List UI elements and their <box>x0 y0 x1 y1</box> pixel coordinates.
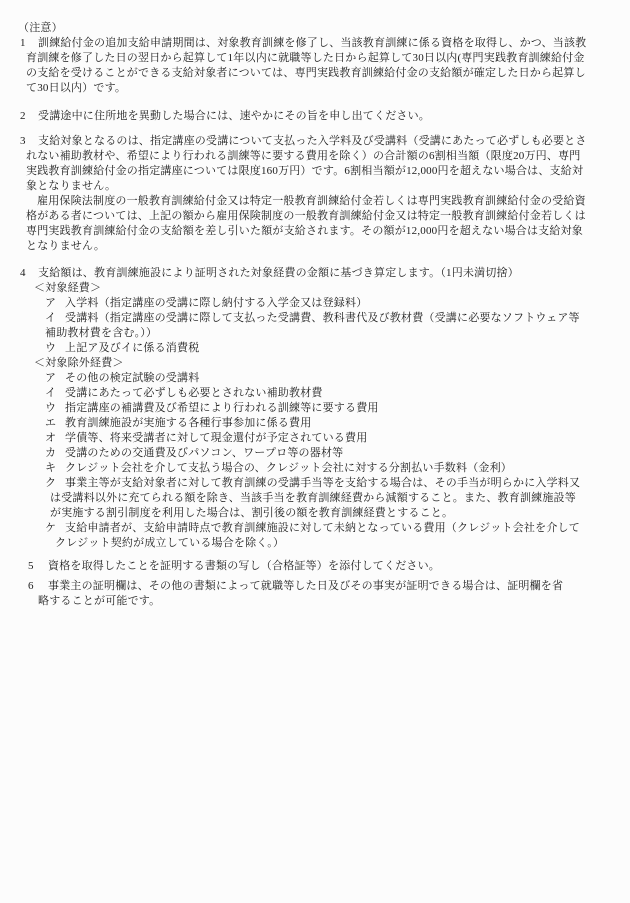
note-item-3-paragraph-2: 雇用保険法制度の一般教育訓練給付金又は特定一般教育訓練給付金若しくは専門実践教育… <box>0 194 630 209</box>
excluded-item-text: その他の検定試験の受講料 <box>65 371 199 386</box>
note-item-2: 2受講途中に住所地を異動した場合には、速やかにその旨を申し出てください。 <box>0 109 630 124</box>
note-item-6-number: 6 <box>28 579 48 594</box>
note-item-3-text: 象となりません。 <box>26 180 116 192</box>
excluded-item-text: クレジット契約が成立している場合を除く。） <box>55 537 284 549</box>
note-item-3-text: 実践教育訓練給付金の指定講座については限度160万円）です。6割相当額が12,0… <box>26 165 583 177</box>
notes-heading: （注意） <box>0 21 630 36</box>
kana-marker: ク <box>45 476 65 491</box>
excluded-item-text: 受講のための交通費及びパソコン、ワープロ等の器材等 <box>65 446 343 461</box>
kana-marker: ウ <box>45 341 65 356</box>
note-item-5: 5資格を取得したことを証明する書類の写し（合格証等）を添付してください。 <box>0 559 630 574</box>
excluded-item-text: 支給申請者が、支給申請時点で教育訓練施設に対して未納となっている費用（クレジット… <box>65 521 580 536</box>
note-item-3-cont: となりません。 <box>0 239 630 254</box>
eligible-expenses-header-text: ＜対象経費＞ <box>34 282 101 294</box>
note-item-3: 3支給対象となるのは、指定講座の受講について支払った入学料及び受講料（受講にあた… <box>0 134 630 149</box>
note-item-3-text: れない補助教材や、希望により行われる訓練等に要する費用を除く）の合計額の6割相当… <box>26 150 580 162</box>
excluded-item-ku: ク事業主等が支給対象者に対して教育訓練の受講手当等を支給する場合は、その手当が明… <box>0 476 630 491</box>
excluded-item-text: クレジット会社を介して支払う場合の、クレジット会社に対する分割払い手数料（金利） <box>65 461 512 476</box>
excluded-expenses-header-text: ＜対象除外経費＞ <box>34 357 124 369</box>
excluded-item-e: エ教育訓練施設が実施する各種行事参加に係る費用 <box>0 416 630 431</box>
kana-marker: エ <box>45 416 65 431</box>
excluded-item-text: が実施する割引制度を利用した場合は、割引後の額を教育訓練経費とすること。 <box>50 507 453 519</box>
eligible-item-a: ア入学料（指定講座の受講に際し納付する入学金又は登録料） <box>0 296 630 311</box>
kana-marker: イ <box>45 386 65 401</box>
note-item-6-text: 略することが可能です。 <box>38 595 160 607</box>
note-item-6-cont: 略することが可能です。 <box>0 594 630 609</box>
note-item-1: 1訓練給付金の追加支給申請期間は、対象教育訓練を修了し、当該教育訓練に係る資格を… <box>0 36 630 51</box>
excluded-item-text: 事業主等が支給対象者に対して教育訓練の受講手当等を支給する場合は、その手当が明ら… <box>65 476 580 491</box>
note-item-4: 4支給額は、教育訓練施設により証明された対象経費の金額に基づき算定します。（1円… <box>0 266 630 281</box>
note-item-3-cont: 格がある者については、上記の額から雇用保険制度の一般教育訓練給付金又は特定一般教… <box>0 209 630 224</box>
eligible-item-u: ウ上記ア及びイに係る消費税 <box>0 341 630 356</box>
excluded-item-ke-cont: クレジット契約が成立している場合を除く。） <box>0 536 630 551</box>
excluded-item-i: イ受講にあたって必ずしも必要とされない補助教材費 <box>0 386 630 401</box>
eligible-item-i-cont: 補助教材費を含む。）） <box>0 326 630 341</box>
note-item-3-cont: 象となりません。 <box>0 179 630 194</box>
excluded-item-ki: キクレジット会社を介して支払う場合の、クレジット会社に対する分割払い手数料（金利… <box>0 461 630 476</box>
note-item-2-text: 受講途中に住所地を異動した場合には、速やかにその旨を申し出てください。 <box>38 109 430 124</box>
note-item-4-text: 支給額は、教育訓練施設により証明された対象経費の金額に基づき算定します。（1円未… <box>38 266 519 281</box>
note-item-5-number: 5 <box>28 559 48 574</box>
note-item-3-text: 雇用保険法制度の一般教育訓練給付金又は特定一般教育訓練給付金若しくは専門実践教育… <box>37 195 586 207</box>
eligible-item-text: 受講料（指定講座の受講に際して支払った受講費、教科書代及び教材費（受講に必要なソ… <box>65 311 580 326</box>
document-page: （注意） 1訓練給付金の追加支給申請期間は、対象教育訓練を修了し、当該教育訓練に… <box>0 0 630 903</box>
excluded-item-a: アその他の検定試験の受講料 <box>0 371 630 386</box>
note-item-1-cont: の支給を受けることができる支給対象者については、専門実践教育訓練給付金の支給額が… <box>0 66 630 81</box>
excluded-item-u: ウ指定講座の補講費及び希望により行われる訓練等に要する費用 <box>0 401 630 416</box>
excluded-item-ka: カ受講のための交通費及びパソコン、ワープロ等の器材等 <box>0 446 630 461</box>
kana-marker: イ <box>45 311 65 326</box>
kana-marker: ケ <box>45 521 65 536</box>
note-item-3-cont: 専門実践教育訓練給付金の支給額を差し引いた額が支給されます。その額が12,000… <box>0 224 630 239</box>
excluded-item-text: 受講にあたって必ずしも必要とされない補助教材費 <box>65 386 323 401</box>
kana-marker: ア <box>45 296 65 311</box>
excluded-item-text: は受講料以外に充てられる額を除き、当該手当を教育訓練経費から減額すること。また、… <box>50 492 576 504</box>
eligible-item-text: 上記ア及びイに係る消費税 <box>65 341 199 356</box>
note-item-1-cont: 育訓練を修了した日の翌日から起算して1年以内に就職等した日から起算して30日以内… <box>0 51 630 66</box>
note-item-3-number: 3 <box>20 134 38 149</box>
eligible-item-i: イ受講料（指定講座の受講に際して支払った受講費、教科書代及び教材費（受講に必要な… <box>0 311 630 326</box>
kana-marker: オ <box>45 431 65 446</box>
eligible-item-text: 補助教材費を含む。）） <box>45 327 157 339</box>
kana-marker: ウ <box>45 401 65 416</box>
note-item-1-text: の支給を受けることができる支給対象者については、専門実践教育訓練給付金の支給額が… <box>26 67 586 79</box>
note-item-5-text: 資格を取得したことを証明する書類の写し（合格証等）を添付してください。 <box>48 559 440 574</box>
note-item-3-text: 専門実践教育訓練給付金の支給額を差し引いた額が支給されます。その額が12,000… <box>26 225 583 237</box>
note-item-3-text: となりません。 <box>26 240 105 252</box>
notes-heading-text: （注意） <box>18 22 63 34</box>
note-item-6: 6事業主の証明欄は、その他の書類によって就職等した日及びその事実が証明できる場合… <box>0 579 630 594</box>
excluded-item-text: 教育訓練施設が実施する各種行事参加に係る費用 <box>65 416 311 431</box>
excluded-item-ku-cont: が実施する割引制度を利用した場合は、割引後の額を教育訓練経費とすること。 <box>0 506 630 521</box>
excluded-item-text: 指定講座の補講費及び希望により行われる訓練等に要する費用 <box>65 401 379 416</box>
excluded-expenses-header: ＜対象除外経費＞ <box>0 356 630 371</box>
note-item-6-text: 事業主の証明欄は、その他の書類によって就職等した日及びその事実が証明できる場合は… <box>48 579 563 594</box>
note-item-1-number: 1 <box>20 36 38 51</box>
eligible-item-text: 入学料（指定講座の受講に際し納付する入学金又は登録料） <box>65 296 367 311</box>
eligible-expenses-header: ＜対象経費＞ <box>0 281 630 296</box>
note-item-1-text: 育訓練を修了した日の翌日から起算して1年以内に就職等した日から起算して30日以内… <box>26 52 585 64</box>
note-item-3-cont: れない補助教材や、希望により行われる訓練等に要する費用を除く）の合計額の6割相当… <box>0 149 630 164</box>
kana-marker: キ <box>45 461 65 476</box>
note-item-1-cont: て30日以内）です。 <box>0 81 630 96</box>
note-item-1-text: 訓練給付金の追加支給申請期間は、対象教育訓練を修了し、当該教育訓練に係る資格を取… <box>38 36 586 51</box>
kana-marker: カ <box>45 446 65 461</box>
note-item-4-number: 4 <box>20 266 38 281</box>
note-item-1-text: て30日以内）です。 <box>26 82 126 94</box>
note-item-3-text: 支給対象となるのは、指定講座の受講について支払った入学料及び受講料（受講にあたっ… <box>38 134 587 149</box>
excluded-item-text: 学債等、将来受講者に対して現金還付が予定されている費用 <box>65 431 367 446</box>
note-item-3-text: 格がある者については、上記の額から雇用保険制度の一般教育訓練給付金又は特定一般教… <box>26 210 586 222</box>
note-item-3-cont: 実践教育訓練給付金の指定講座については限度160万円）です。6割相当額が12,0… <box>0 164 630 179</box>
kana-marker: ア <box>45 371 65 386</box>
excluded-item-o: オ学債等、将来受講者に対して現金還付が予定されている費用 <box>0 431 630 446</box>
excluded-item-ke: ケ支給申請者が、支給申請時点で教育訓練施設に対して未納となっている費用（クレジッ… <box>0 521 630 536</box>
excluded-item-ku-cont: は受講料以外に充てられる額を除き、当該手当を教育訓練経費から減額すること。また、… <box>0 491 630 506</box>
note-item-2-number: 2 <box>20 109 38 124</box>
